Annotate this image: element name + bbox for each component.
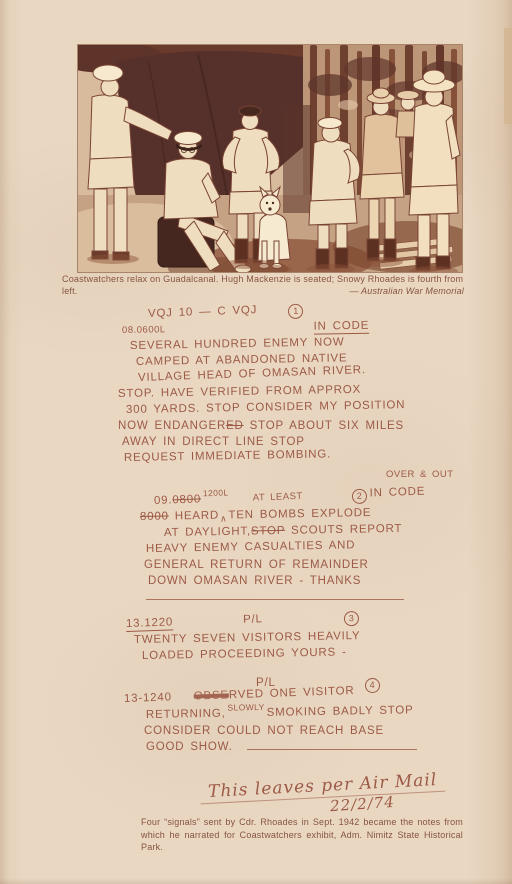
handwritten-text: SEVERAL HUNDRED ENEMY NOW — [130, 336, 345, 352]
scanned-page: Coastwatchers relax on Guadalcanal. Hugh… — [0, 0, 512, 884]
dark-cap — [239, 106, 261, 116]
handwritten-text — [231, 500, 253, 502]
handwritten-text: HEARD — [169, 510, 219, 523]
peaked-cap — [174, 132, 202, 145]
slouch-hat — [373, 88, 389, 98]
handwritten-text: VQJ 10 — C VQJ — [148, 304, 258, 320]
handwritten-text: REQUEST IMMEDIATE BOMBING. — [124, 448, 331, 464]
photo-caption: Coastwatchers relax on Guadalcanal. Hugh… — [62, 274, 464, 297]
handwritten-text: RETURNING, — [146, 708, 226, 721]
dog-eye — [272, 202, 274, 204]
bottom-caption: Four “signals” sent by Cdr. Rhoades in S… — [141, 816, 463, 866]
handwritten-text — [303, 496, 349, 499]
handwritten-text: 08.0600L — [122, 324, 166, 336]
dog-nose — [268, 207, 271, 210]
handwritten-text — [233, 749, 247, 750]
handwritten-text: 13-1240 — [124, 691, 172, 705]
handwritten-text: DOWN OMASAN RIVER - THANKS — [148, 575, 361, 587]
signal-4: P/L413-1240OBSERVED ONE VISITORRETURNING… — [118, 675, 478, 755]
photo — [78, 45, 462, 272]
handwritten-line: DOWN OMASAN RIVER - THANKS — [148, 573, 478, 589]
handwritten-text: SMOKING BADLY STOP — [267, 704, 414, 719]
handwritten-text: TEN BOMBS EXPLODE — [228, 507, 371, 521]
signal-2: 09.08001200LAT LEAST2IN CODE8000 HEARD∧T… — [118, 493, 478, 605]
closing-script: This leaves per Air Mail — [200, 770, 446, 805]
handwritten-rule — [247, 740, 417, 750]
circled-number: 2 — [352, 489, 368, 505]
handwritten-line: OVER & OUT — [386, 466, 478, 482]
handwritten-text: SLOWLY — [227, 702, 264, 713]
handwritten-text: SCOUTS REPORT — [285, 523, 402, 537]
handwritten-text: 1200L — [203, 487, 229, 498]
handwritten-line: CONSIDER COULD NOT REACH BASE — [144, 723, 478, 739]
circled-number: 3 — [344, 611, 360, 627]
wide-brim-hat — [423, 70, 445, 84]
handwriting: VQJ 10 — C VQJ108.0600LIN CODESEVERAL HU… — [118, 306, 478, 766]
handwritten-text — [173, 622, 243, 625]
handwritten-text — [172, 699, 194, 701]
shade-behind-dog — [283, 105, 311, 213]
circled-number: 1 — [288, 304, 304, 320]
handwritten-text: 8000 — [140, 510, 169, 523]
handwritten-text — [257, 311, 285, 313]
handwritten-text: NOW ENDANGER — [118, 420, 226, 432]
peaked-cap — [93, 65, 123, 81]
handwritten-text — [263, 619, 341, 623]
handwritten-text: IN CODE — [313, 320, 369, 335]
photo-illustration — [78, 45, 462, 272]
peaked-cap — [318, 118, 342, 129]
handwritten-text: 13.1220 — [126, 616, 174, 632]
handwritten-text: TWENTY SEVEN VISITORS HEAVILY — [134, 630, 361, 646]
handwritten-text: CONSIDER COULD NOT REACH BASE — [144, 725, 384, 737]
handwritten-text: 0800 — [172, 493, 201, 506]
handwritten-text: HEAVY ENEMY CASUALTIES AND — [146, 539, 356, 555]
handwritten-text: GENERAL RETURN OF REMAINDER — [144, 559, 369, 571]
handwritten-text: ∧ — [220, 513, 228, 523]
handwritten-text: AT DAYLIGHT, — [164, 525, 251, 539]
handwritten-text: OBSE — [194, 689, 230, 702]
handwritten-text: OVER & OUT — [386, 469, 454, 480]
page-edge — [504, 28, 512, 124]
handwritten-line: GENERAL RETURN OF REMAINDER — [144, 557, 478, 573]
dog-eye — [266, 202, 268, 204]
page-edge-shadow — [0, 878, 512, 884]
handwritten-text: IN CODE — [369, 486, 425, 500]
handwritten-text: LOADED PROCEEDING YOURS - — [142, 646, 347, 662]
closing-date: 22/2/74 — [329, 793, 395, 815]
signal-1: VQJ 10 — C VQJ108.0600LIN CODESEVERAL HU… — [118, 306, 478, 482]
hat — [397, 91, 419, 100]
handwritten-text: 09. — [154, 494, 173, 507]
handwritten-text: RVED ONE VISITOR — [229, 685, 355, 701]
handwritten-text: STOP ABOUT SIX MILES — [244, 420, 404, 432]
handwritten-text: 300 YARDS. STOP CONSIDER MY POSITION — [126, 399, 405, 416]
handwritten-text: ED — [226, 420, 244, 432]
handwritten-line: NOW ENDANGERED STOP ABOUT SIX MILES — [118, 418, 478, 434]
handwritten-text: AT LEAST — [253, 491, 303, 504]
handwritten-text — [166, 329, 314, 333]
handwritten-text: AWAY IN DIRECT LINE STOP — [122, 436, 305, 448]
handwritten-line — [146, 589, 478, 605]
handwritten-text: STOP — [251, 525, 285, 538]
handwritten-line: GOOD SHOW. — [146, 739, 478, 755]
handwritten-text: GOOD SHOW. — [146, 741, 233, 753]
signal-3: 13.1220P/L3TWENTY SEVEN VISITORS HEAVILY… — [118, 616, 478, 664]
handwritten-text: P/L — [243, 613, 263, 626]
handwritten-rule — [146, 590, 404, 600]
